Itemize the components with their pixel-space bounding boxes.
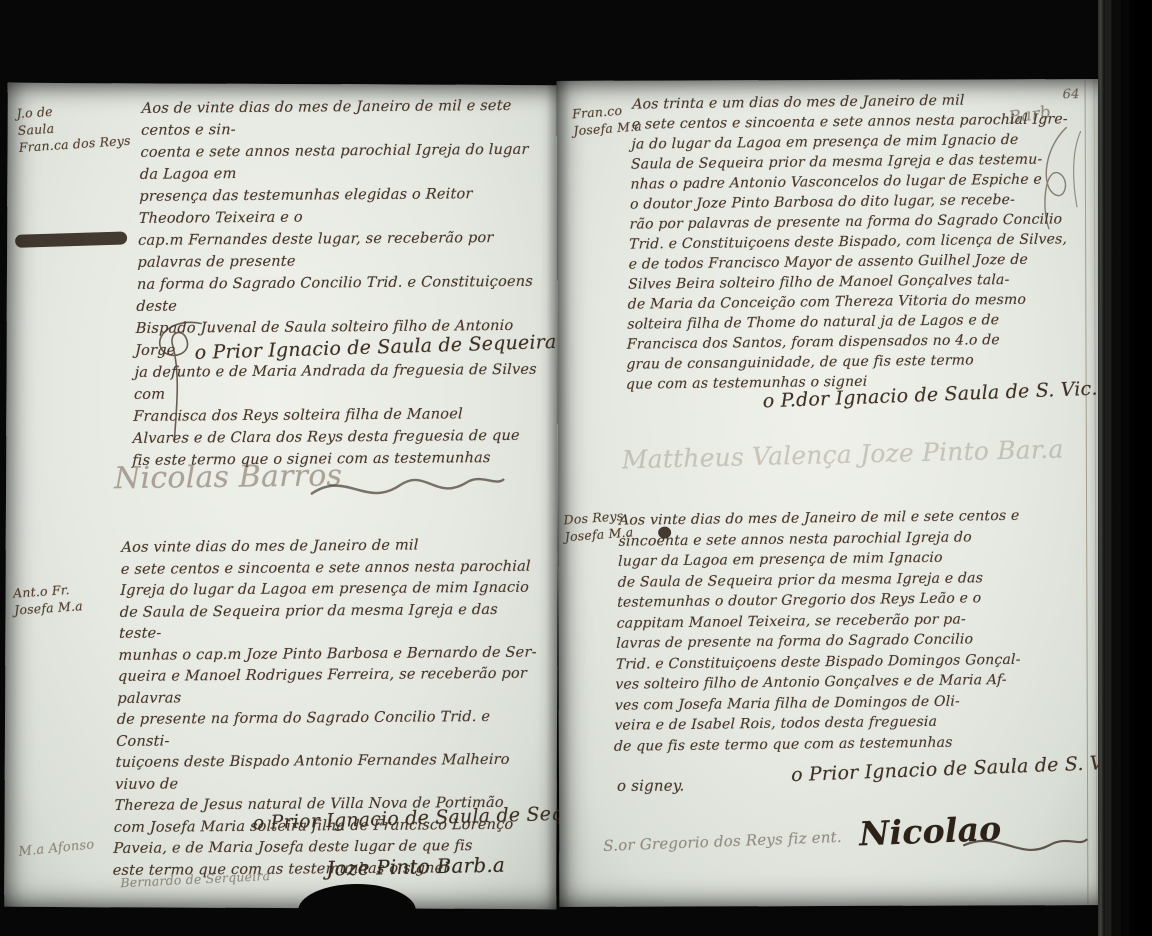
left-entry1-margin-note: J.o de Saula Fran.ca dos Reys <box>16 97 139 156</box>
photo-notch <box>298 884 416 936</box>
page-gutter-shadow <box>546 80 570 910</box>
ink-blot <box>15 231 127 247</box>
left-witness-signature: Joze Pinto Barb.a <box>326 853 505 881</box>
right-entry2-signature: o Prior Ignacio de Saula de S. Vi.te <box>791 751 1136 786</box>
book-binding <box>1098 0 1152 936</box>
left-page: J.o de Saula Fran.ca dos Reys Aos de vin… <box>4 83 560 909</box>
right-ghost-heading: Mattheus Valença Joze Pinto Bar.a <box>622 435 1064 475</box>
right-entry2-closing: o signey. <box>617 777 685 795</box>
left-faint-note-1: M.a Afonso <box>18 837 95 860</box>
right-page: 64 Barb Fran.co Josefa M.a Aos trinta e … <box>557 79 1106 907</box>
ink-blot <box>658 527 671 539</box>
right-entry2-body: Aos vinte dias do mes de Janeiro de mil … <box>614 505 1072 757</box>
right-entry1-body: Aos trinta e um dias do mes de Janeiro d… <box>626 89 1077 395</box>
right-bottom-note: S.or Gregorio dos Reys fiz ent. <box>603 828 842 855</box>
signature-swash-icon <box>959 827 1089 867</box>
paraph-flourish-icon <box>146 315 217 445</box>
manuscript-photo: J.o de Saula Fran.ca dos Reys Aos de vin… <box>0 0 1152 936</box>
page-edge-line <box>1094 79 1098 905</box>
left-entry2-margin-note: Ant.o Fr. Josefa M.a <box>13 578 125 619</box>
scribble-flourish-icon <box>306 464 506 515</box>
